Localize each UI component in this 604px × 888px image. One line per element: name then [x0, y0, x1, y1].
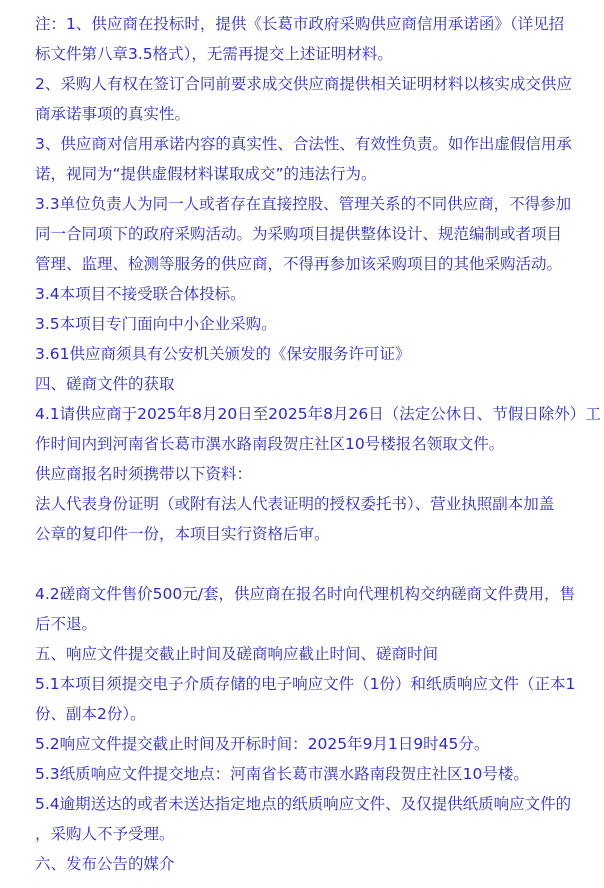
section-heading: 六、发布公告的媒介 [35, 849, 578, 879]
text-line: 公章的复印件一份，本项目实行资格后审。 [35, 519, 578, 549]
text-line: ，采购人不予受理。 [35, 819, 578, 849]
text-line: 供应商报名时须携带以下资料： [35, 459, 578, 489]
text-line: 后不退。 [35, 609, 578, 639]
text-line: 注：1、供应商在投标时，提供《长葛市政府采购供应商信用承诺函》（详见招 [35, 9, 578, 39]
text-line: 份、副本2份）。 [35, 699, 578, 729]
text-line: 3.5本项目专门面向中小企业采购。 [35, 309, 578, 339]
text-line: 5.1本项目须提交电子介质存储的电子响应文件（1份）和纸质响应文件（正本1 [35, 669, 578, 699]
text-line: 诺，视同为“提供虚假材料谋取成交”的违法行为。 [35, 159, 578, 189]
text-line: 4.2磋商文件售价500元/套，供应商在报名时向代理机构交纳磋商文件费用，售 [35, 579, 578, 609]
text-line: 同一合同项下的政府采购活动。为采购项目提供整体设计、规范编制或者项目 [35, 219, 578, 249]
text-line: 5.3纸质响应文件提交地点：河南省长葛市潩水路南段贺庄社区10号楼。 [35, 759, 578, 789]
document-body: 注：1、供应商在投标时，提供《长葛市政府采购供应商信用承诺函》（详见招 标文件第… [0, 0, 604, 888]
section-heading: 五、响应文件提交截止时间及磋商响应截止时间、磋商时间 [35, 639, 578, 669]
text-line: 标文件第八章3.5格式），无需再提交上述证明材料。 [35, 39, 578, 69]
text-line: 3.3单位负责人为同一人或者存在直接控股、管理关系的不同供应商，不得参加 [35, 189, 578, 219]
text-line: 商承诺事项的真实性。 [35, 99, 578, 129]
section-heading: 四、磋商文件的获取 [35, 369, 578, 399]
text-line: 3.4本项目不接受联合体投标。 [35, 279, 578, 309]
text-line: 2、采购人有权在签订合同前要求成交供应商提供相关证明材料以核实成交供应 [35, 69, 578, 99]
text-line: 3.61供应商须具有公安机关颁发的《保安服务许可证》 [35, 339, 578, 369]
blank-line [35, 549, 578, 579]
text-line: 3、供应商对信用承诺内容的真实性、合法性、有效性负责。如作出虚假信用承 [35, 129, 578, 159]
text-line: 4.1请供应商于2025年8月20日至2025年8月26日（法定公休日、节假日除… [35, 399, 578, 429]
text-line: 法人代表身份证明（或附有法人代表证明的授权委托书）、营业执照副本加盖 [35, 489, 578, 519]
text-line: 管理、监理、检测等服务的供应商，不得再参加该采购项目的其他采购活动。 [35, 249, 578, 279]
text-line: 5.2响应文件提交截止时间及开标时间：2025年9月1日9时45分。 [35, 729, 578, 759]
text-line: 5.4逾期送达的或者未送达指定地点的纸质响应文件、及仅提供纸质响应文件的 [35, 789, 578, 819]
text-line: 作时间内到河南省长葛市潩水路南段贺庄社区10号楼报名领取文件。 [35, 429, 578, 459]
